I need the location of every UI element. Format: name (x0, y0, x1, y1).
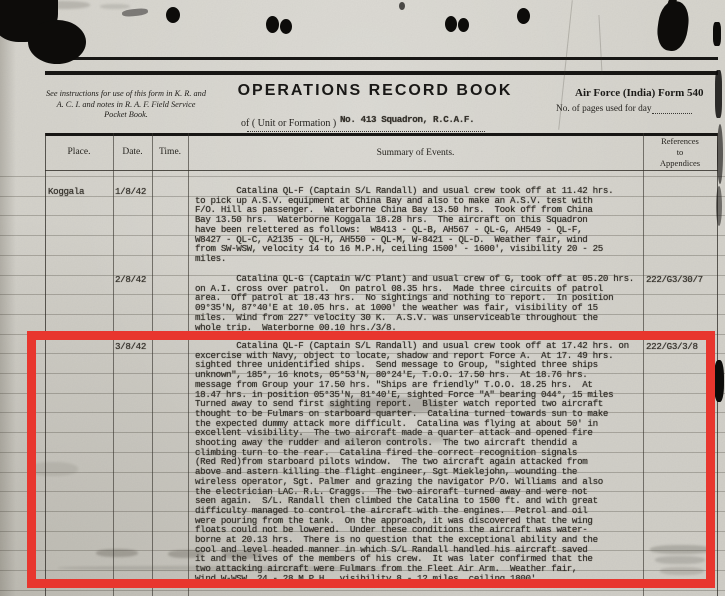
entry-1-date-cell: 1/8/42 (115, 187, 146, 197)
ink-blot (458, 18, 469, 32)
header-date: Date. (113, 147, 152, 157)
header-place: Place. (45, 147, 113, 157)
ink-blot (517, 8, 530, 24)
unit-formation-label: of ( Unit or Formation ) (241, 118, 336, 129)
header-time: Time. (152, 147, 188, 157)
pencil-smudge (100, 4, 130, 9)
scratch-mark (598, 15, 602, 75)
header-summary: Summary of Events. (188, 148, 643, 158)
ink-blot (266, 16, 279, 33)
ink-blot (399, 2, 405, 10)
top-rule (45, 57, 718, 60)
pages-used-line: No. of pages used for day (556, 104, 714, 114)
document-page: See instructions for use of this form in… (0, 0, 725, 596)
unit-dotted-line (247, 131, 485, 132)
form-number: Air Force (India) Form 540 (575, 87, 704, 99)
table-header-bottom-border (45, 170, 718, 171)
page-edge-mark (717, 124, 723, 184)
pages-used-dotted-line (652, 104, 692, 114)
entry-2-summary-cell: Catalina QL-G (Captain W/C Plant) and us… (195, 274, 634, 332)
entry-1-summary-cell: Catalina QL-F (Captain S/L Randall) and … (195, 186, 613, 264)
entry-2-date-cell: 2/8/42 (115, 275, 146, 285)
pages-used-label: No. of pages used for day (556, 104, 652, 114)
entry-2-reference-cell: 222/G3/30/7 (646, 275, 703, 285)
ink-blot (280, 19, 292, 34)
entry-1-place-cell: Koggala (48, 187, 84, 197)
ink-blot (445, 16, 457, 32)
page-edge-mark (715, 70, 722, 118)
form-title: OPERATIONS RECORD BOOK (230, 82, 520, 100)
header-references: References to Appendices (643, 136, 717, 169)
annotation-highlight-rect (27, 331, 715, 588)
page-edge-mark (713, 22, 721, 46)
unit-value: No. 413 Squadron, R.C.A.F. (340, 115, 474, 125)
ink-smear (122, 8, 149, 18)
table-header-top-border (45, 133, 718, 136)
ink-blot (28, 20, 86, 64)
page-edge-mark (714, 360, 724, 402)
page-edge-mark (716, 186, 722, 226)
ink-blot (166, 7, 180, 23)
form-instructions-note: See instructions for use of this form in… (46, 89, 206, 121)
top-rule (45, 71, 718, 75)
